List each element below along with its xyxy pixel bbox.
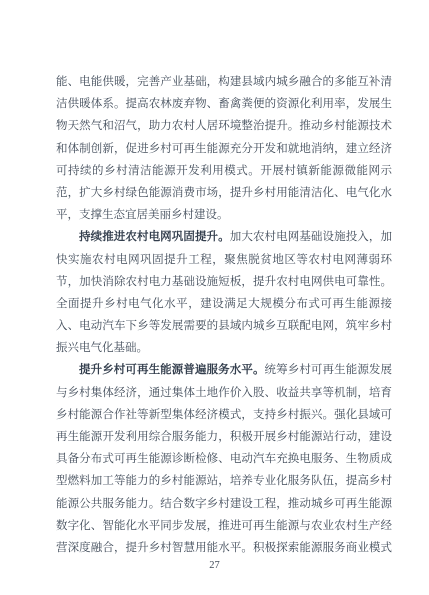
line-text: 与乡村集体经济，通过集体土地作价入股、收益共享等机制，培育 — [56, 387, 392, 399]
page-number: 27 — [0, 559, 429, 572]
paragraph-lead: 持续推进农村电网巩固提升。 — [79, 231, 230, 243]
text-line: 平，支撑生态宜居美丽乡村建设。 — [56, 204, 392, 226]
text-line: 具备分布式可再生能源诊断检修、电动汽车充换电服务、生物质成 — [56, 448, 392, 470]
text-line: 与乡村集体经济，通过集体土地作价入股、收益共享等机制，培育 — [56, 382, 392, 404]
paragraph: 持续推进农村电网巩固提升。加大农村电网基础设施投入，加快实施农村电网巩固提升工程… — [56, 226, 392, 359]
text-line: 洁供暖体系。提高农林废弃物、畜禽粪便的资源化利用率，发展生 — [56, 93, 392, 115]
line-text: 物天然气和沼气，助力农村人居环境整治提升。推动乡村能源技术 — [56, 120, 392, 132]
line-text: 统筹乡村可再生能源发展 — [265, 364, 392, 376]
line-text: 具备分布式可再生能源诊断检修、电动汽车充换电服务、生物质成 — [56, 453, 392, 465]
line-text: 可持续的乡村清洁能源开发利用模式。开展村镇新能源微能网示 — [56, 165, 392, 177]
line-text: 和体制创新，促进乡村可再生能源充分开发和就地消纳，建立经济 — [56, 143, 392, 155]
text-line: 持续推进农村电网巩固提升。加大农村电网基础设施投入，加 — [56, 226, 392, 248]
line-text: 能、电能供暖，完善产业基础，构建县域内城乡融合的多能互补清 — [56, 76, 392, 88]
line-text: 加大农村电网基础设施投入，加 — [230, 231, 392, 243]
paragraph: 能、电能供暖，完善产业基础，构建县域内城乡融合的多能互补清洁供暖体系。提高农林废… — [56, 71, 392, 226]
document-body: 能、电能供暖，完善产业基础，构建县域内城乡融合的多能互补清洁供暖体系。提高农林废… — [56, 71, 392, 559]
line-text: 范，扩大乡村绿色能源消费市场，提升乡村用能清洁化、电气化水 — [56, 187, 392, 199]
text-line: 提升乡村可再生能源普遍服务水平。统筹乡村可再生能源发展 — [56, 359, 392, 381]
line-text: 节，加快消除农村电力基础设施短板，提升农村电网供电可靠性。 — [56, 276, 392, 288]
text-line: 物天然气和沼气，助力农村人居环境整治提升。推动乡村能源技术 — [56, 115, 392, 137]
line-text: 全面提升乡村电气化水平，建设满足大规模分布式可再生能源接 — [56, 298, 392, 310]
text-line: 节，加快消除农村电力基础设施短板，提升农村电网供电可靠性。 — [56, 271, 392, 293]
text-line: 振兴电气化基础。 — [56, 337, 392, 359]
text-line: 范，扩大乡村绿色能源消费市场，提升乡村用能清洁化、电气化水 — [56, 182, 392, 204]
line-text: 快实施农村电网巩固提升工程，聚焦脱贫地区等农村电网薄弱环 — [56, 254, 392, 266]
text-line: 乡村能源合作社等新型集体经济模式，支持乡村振兴。强化县域可 — [56, 404, 392, 426]
line-text: 平，支撑生态宜居美丽乡村建设。 — [56, 209, 229, 221]
text-line: 全面提升乡村电气化水平，建设满足大规模分布式可再生能源接 — [56, 293, 392, 315]
paragraph: 提升乡村可再生能源普遍服务水平。统筹乡村可再生能源发展与乡村集体经济，通过集体土… — [56, 359, 392, 559]
text-line: 能、电能供暖，完善产业基础，构建县域内城乡融合的多能互补清 — [56, 71, 392, 93]
paragraph-lead: 提升乡村可再生能源普遍服务水平。 — [79, 364, 265, 376]
line-text: 能源公共服务能力。结合数字乡村建设工程，推动城乡可再生能源 — [56, 498, 392, 510]
text-line: 和体制创新，促进乡村可再生能源充分开发和就地消纳，建立经济 — [56, 138, 392, 160]
line-text: 乡村能源合作社等新型集体经济模式，支持乡村振兴。强化县域可 — [56, 409, 392, 421]
line-text: 洁供暖体系。提高农林废弃物、畜禽粪便的资源化利用率，发展生 — [56, 98, 392, 110]
text-line: 数字化、智能化水平同步发展，推进可再生能源与农业农村生产经 — [56, 515, 392, 537]
text-line: 能源公共服务能力。结合数字乡村建设工程，推动城乡可再生能源 — [56, 493, 392, 515]
text-line: 型燃料加工等能力的乡村能源站，培养专业化服务队伍，提高乡村 — [56, 470, 392, 492]
line-text: 振兴电气化基础。 — [56, 342, 148, 354]
document-page: 能、电能供暖，完善产业基础，构建县域内城乡融合的多能互补清洁供暖体系。提高农林废… — [0, 0, 429, 595]
line-text: 型燃料加工等能力的乡村能源站，培养专业化服务队伍，提高乡村 — [56, 475, 392, 487]
text-line: 可持续的乡村清洁能源开发利用模式。开展村镇新能源微能网示 — [56, 160, 392, 182]
line-text: 再生能源开发利用综合服务能力，积极开展乡村能源站行动，建设 — [56, 431, 392, 443]
text-line: 快实施农村电网巩固提升工程，聚焦脱贫地区等农村电网薄弱环 — [56, 249, 392, 271]
line-text: 入、电动汽车下乡等发展需要的县域内城乡互联配电网，筑牢乡村 — [56, 320, 392, 332]
text-line: 再生能源开发利用综合服务能力，积极开展乡村能源站行动，建设 — [56, 426, 392, 448]
text-line: 入、电动汽车下乡等发展需要的县域内城乡互联配电网，筑牢乡村 — [56, 315, 392, 337]
line-text: 数字化、智能化水平同步发展，推进可再生能源与农业农村生产经 — [56, 520, 392, 532]
text-line: 营深度融合，提升乡村智慧用能水平。积极探索能源服务商业模式 — [56, 537, 392, 559]
line-text: 营深度融合，提升乡村智慧用能水平。积极探索能源服务商业模式 — [56, 542, 392, 554]
